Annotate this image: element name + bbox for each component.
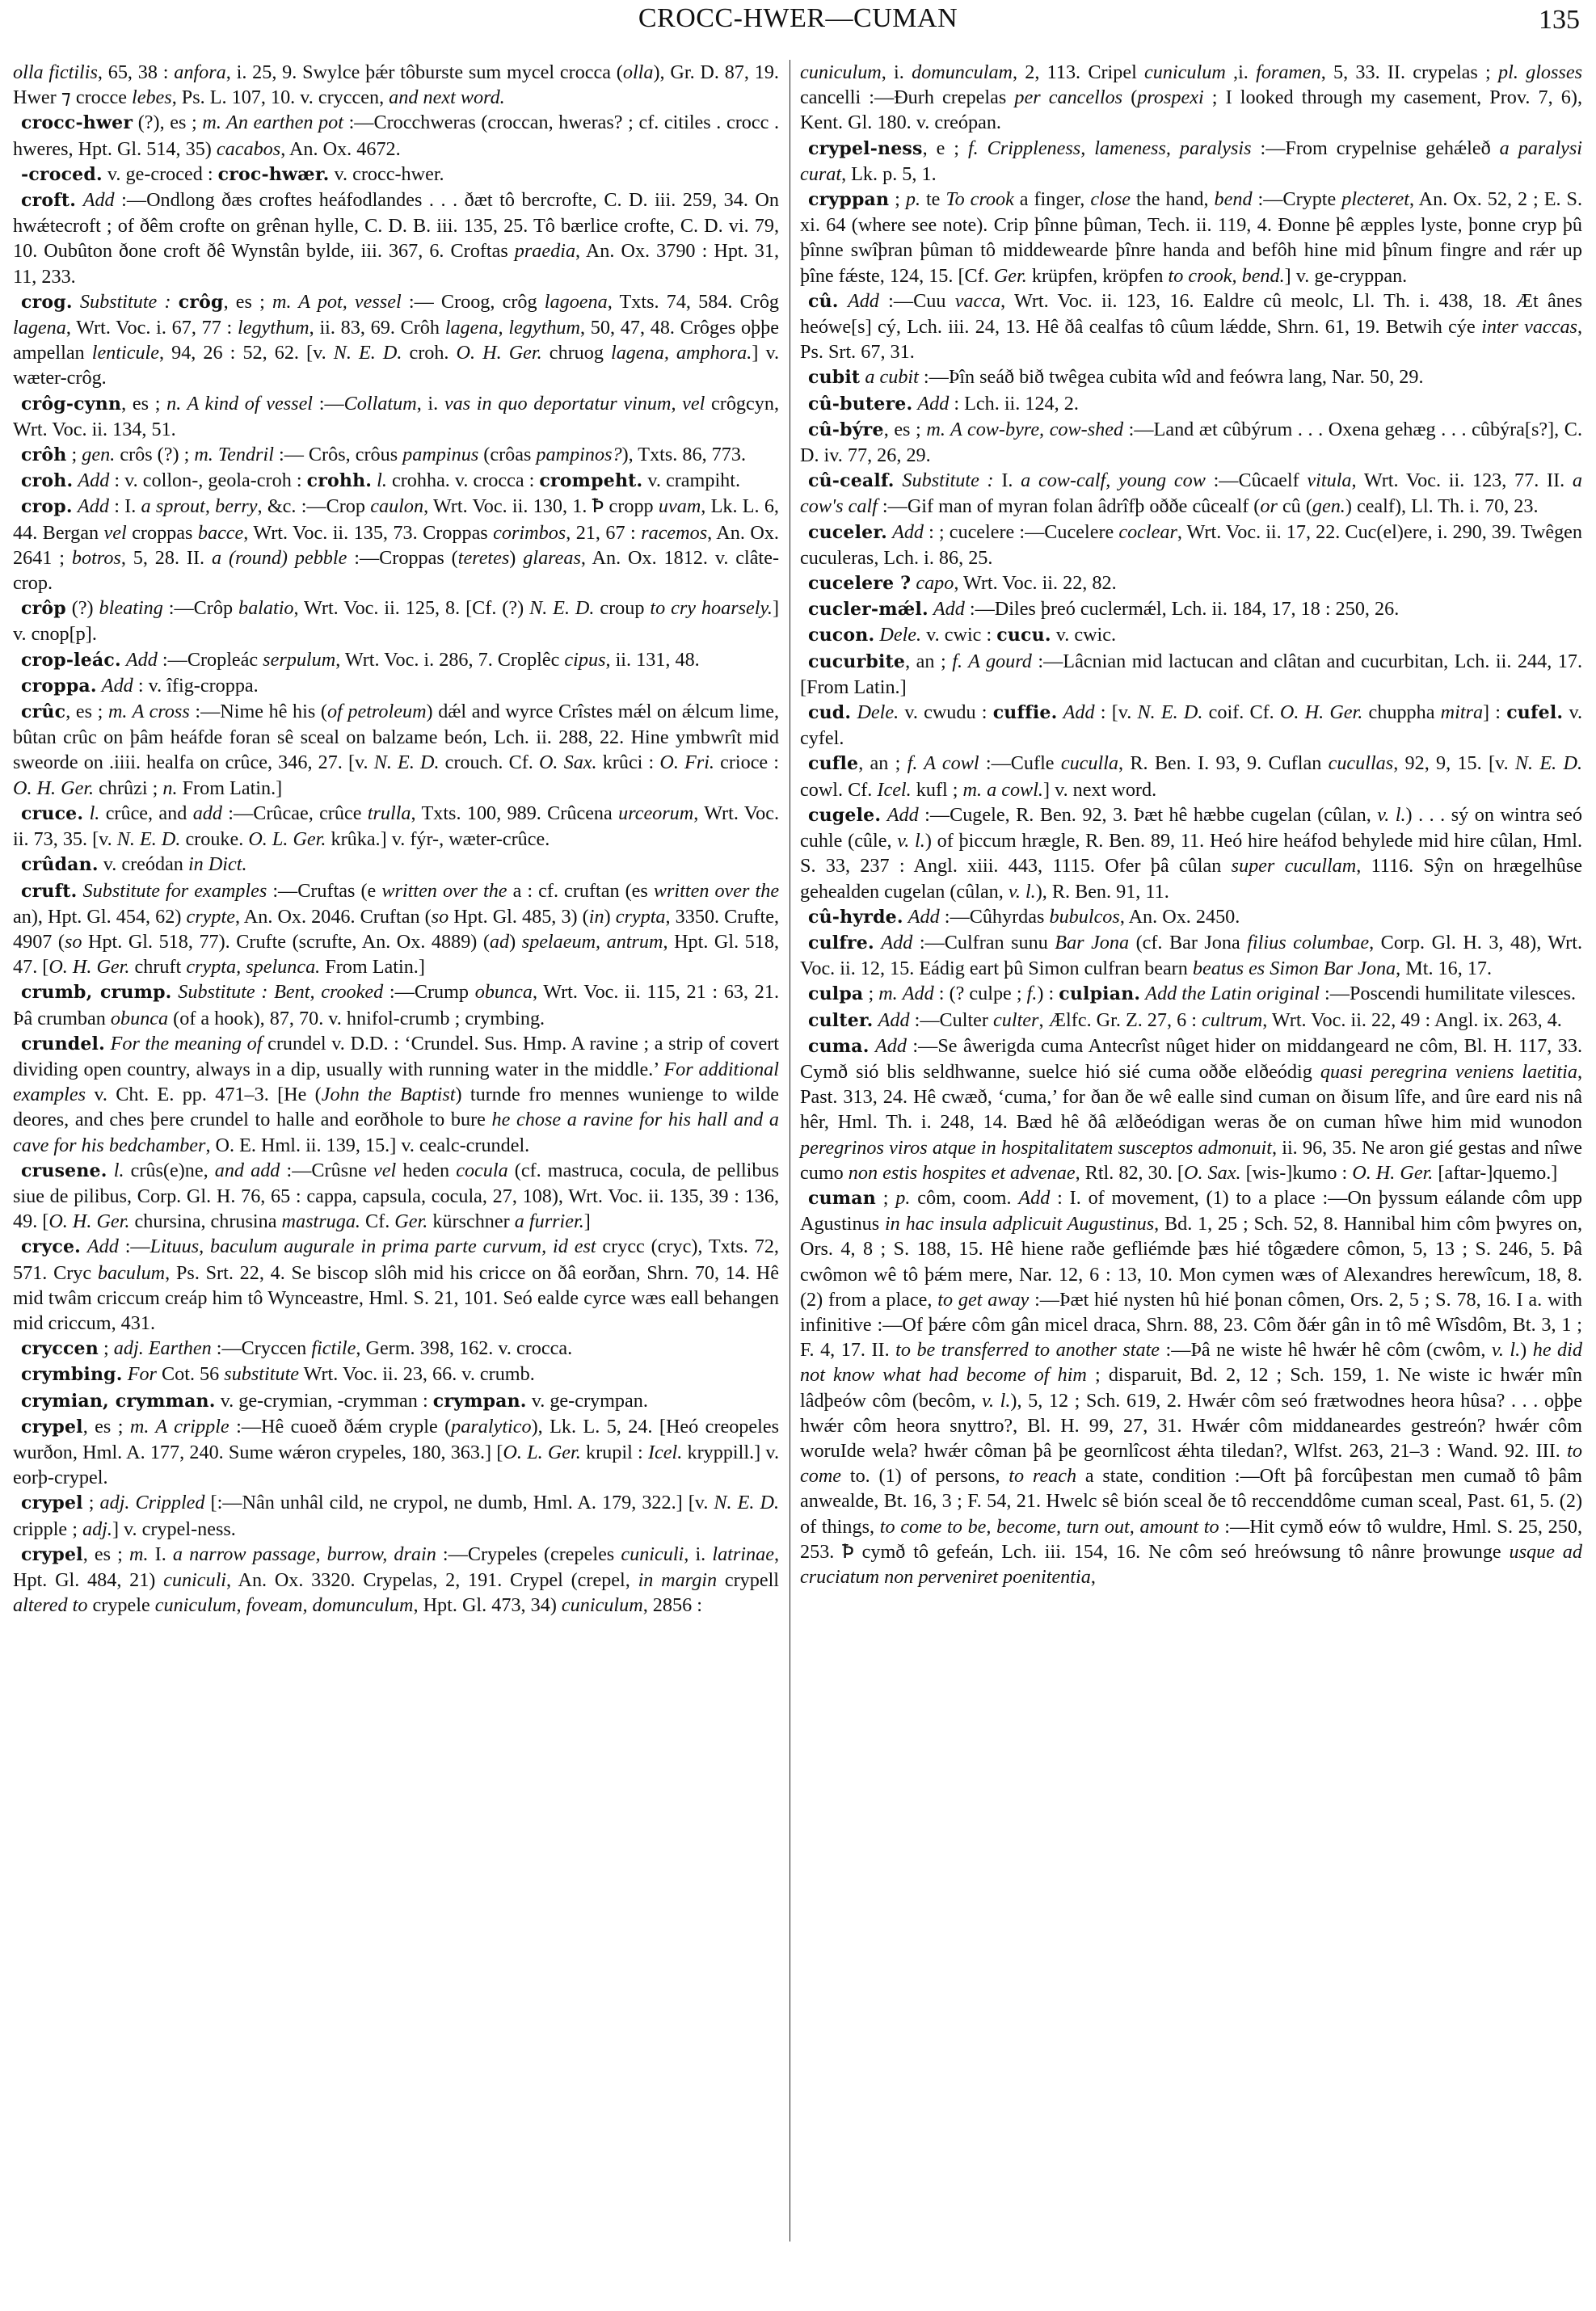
dictionary-entry: cuniculum, i. domunculam, 2, 113. Cripel… [800, 60, 1582, 136]
entry-text: :—Crypeles (crepeles [436, 1543, 621, 1565]
italic-gloss: lagena [13, 317, 66, 339]
headword: crymian, crymman. [21, 1391, 216, 1412]
entry-text [171, 291, 179, 313]
italic-gloss: caulon [370, 495, 423, 517]
headword: cuceler. [808, 522, 887, 543]
entry-text: , Wrt. Voc. i. 67, 77 : [66, 317, 238, 339]
entry-text [81, 1235, 87, 1257]
dictionary-entry: crypel, es ; m. A cripple :—Hê cuoeð ðǽm… [13, 1414, 779, 1491]
italic-gloss: per cancellos [1014, 86, 1122, 108]
entry-text: ), R. Ben. 91, 11. [1036, 881, 1169, 903]
entry-text: crouke. [180, 828, 248, 850]
italic-gloss: a narrow passage, burrow, drain [173, 1543, 436, 1565]
entry-text: krupil : [581, 1442, 648, 1463]
headword: cucler-mǽl. [808, 599, 929, 620]
running-head: CROCC-HWER—CUMAN [0, 3, 1596, 34]
entry-text: , an ; [905, 650, 952, 672]
entry-text: ] [584, 1210, 591, 1232]
entry-text [105, 1033, 111, 1054]
headword: crohh. [307, 470, 373, 491]
entry-text: :—Crump [383, 981, 475, 1003]
italic-gloss: O. Sax. [1184, 1162, 1241, 1184]
entry-text: v. cwic. [1051, 624, 1116, 646]
italic-gloss: For the meaning of [111, 1033, 263, 1054]
italic-gloss: super cucullam [1232, 855, 1357, 877]
italic-gloss: O. L. Ger. [248, 828, 326, 850]
italic-gloss: Ger. [394, 1210, 427, 1232]
italic-gloss: Dele. [879, 624, 921, 646]
entry-text: ), Txts. 86, 773. [622, 444, 746, 465]
entry-text: , 5, 28. II. [121, 547, 212, 569]
page-header: CROCC-HWER—CUMAN 135 [0, 3, 1596, 36]
dictionary-entry: cû. Add :—Cuu vacca, Wrt. Voc. ii. 123, … [800, 288, 1582, 365]
italic-gloss: O. Sax. [539, 751, 597, 773]
headword: crôp [21, 598, 66, 619]
entry-text: , Txts. 100, 989. Crûcena [411, 802, 619, 824]
entry-text: to. (1) of persons, [841, 1465, 1009, 1487]
dictionary-entry: cud. Dele. v. cwudu : cuffie. Add : [v. … [800, 700, 1582, 751]
entry-text: (cf. Bar Jona [1129, 932, 1247, 953]
dictionary-entry: crûc, es ; m. A cross :—Nime hê his (of … [13, 699, 779, 801]
dictionary-entry: crocc-hwer (?), es ; m. An earthen pot :… [13, 110, 779, 161]
italic-gloss: adj. Crippled [100, 1492, 205, 1513]
italic-gloss: Add [78, 495, 109, 517]
entry-text: a finger, [1014, 188, 1090, 210]
italic-gloss: pampinos? [536, 444, 621, 465]
italic-gloss: Add [875, 1035, 907, 1057]
entry-text: : (? culpe ; [934, 983, 1027, 1004]
italic-gloss: to come to be, become, turn out, amount … [880, 1516, 1219, 1538]
entry-text: , An. Ox. 3320. Crypelas, 2, 191. Crypel… [226, 1569, 638, 1591]
dictionary-entry: crypel ; adj. Crippled [:—Nân unhâl cild… [13, 1490, 779, 1541]
italic-gloss: vel [104, 522, 127, 544]
dictionary-entry: cû-cealf. Substitute : I. a cow-calf, yo… [800, 468, 1582, 519]
dictionary-entry: croft. Add :—Ondlong ðæs croftes heáfodl… [13, 187, 779, 289]
italic-gloss: urceorum [618, 802, 693, 824]
italic-gloss: l. [377, 469, 387, 491]
italic-gloss: so [432, 906, 449, 928]
entry-text: , 5, 33. II. crypelas ; [1321, 61, 1498, 83]
headword: cud. [808, 702, 851, 723]
entry-text: :—Gif man of myran folan âdrîfþ oððe cûc… [878, 495, 1261, 517]
entry-text: , 21, 67 : [566, 522, 641, 544]
entry-text: ) [509, 547, 523, 569]
italic-gloss: to crook, bend. [1168, 265, 1284, 287]
headword: croppa. [21, 676, 97, 697]
italic-gloss: non estis hospites et advenae [849, 1162, 1076, 1184]
dictionary-entry: croh. Add : v. collon-, geola-croh : cro… [13, 468, 779, 494]
italic-gloss: a cow-calf, young cow [1021, 469, 1206, 491]
entry-text: , es ; [884, 419, 927, 440]
italic-gloss: f. [1027, 983, 1038, 1004]
italic-gloss: p. [895, 1187, 910, 1209]
italic-gloss: m. a cowl. [963, 779, 1043, 801]
headword: cryppan [808, 189, 889, 210]
italic-gloss: a sprout, berry [141, 495, 258, 517]
entry-text: : I. [109, 495, 141, 517]
entry-text: v. creódan [99, 853, 188, 875]
italic-gloss: in margin [638, 1569, 718, 1591]
italic-gloss: coclear [1118, 521, 1177, 543]
italic-gloss: written over the [381, 880, 507, 902]
italic-gloss: adj. [82, 1518, 112, 1540]
italic-gloss: Icel. [877, 779, 911, 801]
entry-text: :—Cuu [879, 290, 955, 312]
dictionary-entry: olla fictilis, 65, 38 : anfora, i. 25, 9… [13, 60, 779, 110]
headword: croh. [21, 470, 73, 491]
entry-text: cowl. Cf. [800, 779, 877, 801]
italic-gloss: obunca [475, 981, 533, 1003]
entry-text: , Rtl. 82, 30. [ [1076, 1162, 1184, 1184]
headword: crundel. [21, 1033, 105, 1054]
headword: crog. [21, 292, 73, 313]
italic-gloss: in hac insula adplicuit Augustinus [885, 1213, 1154, 1235]
entry-text: :—Cruftas (e [267, 880, 381, 902]
italic-gloss: praedia [515, 240, 575, 262]
italic-gloss: Ger. [994, 265, 1027, 287]
entry-text: :—Þîn seáð bið twêgea cubita wîd and feó… [919, 366, 1424, 388]
dictionary-entry: cucurbite, an ; f. A gourd :—Lâcnian mid… [800, 649, 1582, 700]
italic-gloss: Lituus, baculum augurale in prima parte … [150, 1235, 596, 1257]
italic-gloss: O. H. Ger. [1280, 701, 1362, 723]
italic-gloss: cacabos [217, 138, 280, 160]
dictionary-entry: crumb, crump. Substitute : Bent, crooked… [13, 979, 779, 1030]
entry-text: (crôas [478, 444, 536, 465]
italic-gloss: N. E. D. [529, 597, 594, 619]
italic-gloss: Add [848, 290, 879, 312]
italic-gloss: f. A cowl [907, 752, 979, 774]
dictionary-entry: -croced. v. ge-croced : croc-hwær. v. cr… [13, 162, 779, 187]
entry-text: croh. [402, 342, 456, 364]
entry-text: , An. Ox. 2450. [1120, 906, 1240, 928]
italic-gloss: Substitute : Bent, crooked [178, 981, 383, 1003]
entry-text: , es ; [83, 1543, 129, 1565]
italic-gloss: Dele. [857, 701, 899, 723]
entry-text: :—Cufle [979, 752, 1061, 774]
italic-gloss: crypta [616, 906, 666, 928]
italic-gloss: Substitute : [80, 291, 171, 313]
italic-gloss: O. L. Ger. [503, 1442, 580, 1463]
entry-text: v. cwudu : [899, 701, 993, 723]
italic-gloss: uvam [659, 495, 701, 517]
entry-text: :—Hê cuoeð ðǽm cryple ( [230, 1416, 452, 1438]
italic-gloss: and next word. [389, 86, 505, 108]
headword: cuma. [808, 1036, 870, 1057]
italic-gloss: close [1090, 188, 1131, 210]
dictionary-entry: cuceler. Add : ; cucelere :—Cucelere coc… [800, 520, 1582, 570]
entry-text: , Ps. L. 107, 10. v. cryccen, [172, 86, 389, 108]
dictionary-entry: cryppan ; p. te To crook a finger, close… [800, 187, 1582, 288]
entry-text: , Mt. 16, 17. [1396, 958, 1492, 979]
italic-gloss: N. E. D. [117, 828, 181, 850]
italic-gloss: lagena, legythum [445, 317, 580, 339]
entry-text: [wis-]kumo : [1241, 1162, 1353, 1184]
headword: cucu. [996, 625, 1051, 646]
dictionary-entry: croppa. Add : v. îfig-croppa. [13, 673, 779, 699]
entry-text: ; [889, 188, 906, 210]
italic-gloss: Substitute for examples [83, 880, 267, 902]
entry-text: , Wrt. Voc. ii. 135, 73. Croppas [243, 522, 493, 544]
entry-text: , 92, 9, 15. [v. [1393, 752, 1515, 774]
entry-text [839, 290, 848, 312]
entry-text: ] v. ge-cryppan. [1285, 265, 1408, 287]
italic-gloss: p. [906, 188, 920, 210]
italic-gloss: obunca [111, 1008, 168, 1029]
italic-gloss: fictile [311, 1337, 356, 1359]
entry-text: ; [99, 1337, 114, 1359]
entry-text: , An. Ox. 4672. [280, 138, 401, 160]
entry-text: :—Culfran sunu [912, 932, 1055, 953]
entry-text: , es ; [224, 291, 272, 313]
italic-gloss: For [128, 1363, 157, 1385]
headword: crypel [21, 1492, 83, 1513]
italic-gloss: bleating [99, 597, 163, 619]
entry-text: ( [1122, 86, 1137, 108]
dictionary-entry: cû-býre, es ; m. A cow-byre, cow-shed :—… [800, 417, 1582, 468]
italic-gloss: m. [878, 983, 898, 1004]
italic-gloss: n. A kind of vessel [166, 393, 313, 415]
headword: crusene. [21, 1160, 107, 1181]
italic-gloss: lenticule [92, 342, 159, 364]
italic-gloss: or [1260, 495, 1278, 517]
italic-gloss: cipus [564, 649, 605, 671]
italic-gloss: corimbos [493, 522, 566, 544]
italic-gloss: l. [90, 802, 100, 824]
italic-gloss: m. A cow-byre, cow-shed [926, 419, 1123, 440]
entry-text: From Latin.] [320, 956, 425, 978]
italic-gloss: in [589, 906, 604, 928]
entry-text: chrûzi ; [94, 777, 162, 799]
italic-gloss: in Dict. [188, 853, 247, 875]
italic-gloss: m. An earthen pot [202, 112, 343, 133]
entry-text: :—Culter [910, 1009, 993, 1031]
entry-text: (?) [66, 597, 99, 619]
italic-gloss: f. Crippleness, lameness, paralysis [968, 137, 1252, 159]
entry-text: v. ge-crympan. [527, 1390, 648, 1412]
italic-gloss: n. [162, 777, 177, 799]
entry-text: :— Crôs, crôus [274, 444, 402, 465]
entry-text: crioce : [714, 751, 779, 773]
entry-text: , ii. 131, 48. [605, 649, 699, 671]
entry-text: v. ge-croced : [103, 163, 218, 185]
left-column: olla fictilis, 65, 38 : anfora, i. 25, 9… [13, 60, 779, 1618]
entry-text: , Wrt. Voc. i. 286, 7. Croplêc [335, 649, 564, 671]
italic-gloss: O. H. Ger. [457, 342, 542, 364]
italic-gloss: Add [887, 804, 919, 826]
entry-text [73, 291, 80, 313]
dictionary-entry: crôh ; gen. crôs (?) ; m. Tendril :— Crô… [13, 442, 779, 468]
dictionary-entry: culfre. Add :—Culfran sunu Bar Jona (cf.… [800, 930, 1582, 981]
entry-text: te [920, 188, 945, 210]
italic-gloss: cuniculum [800, 61, 882, 83]
entry-text: :—Nime hê his ( [190, 701, 327, 722]
entry-text: cancelli :—Ðurh crepelas [800, 86, 1014, 108]
headword: cufel. [1506, 702, 1563, 723]
entry-text: : v. collon-, geola-croh : [109, 469, 306, 491]
italic-gloss: m. A cripple [130, 1416, 230, 1438]
headword: culpian. [1059, 983, 1140, 1004]
italic-gloss: O. H. Ger. [13, 777, 94, 799]
entry-text [107, 1160, 114, 1181]
italic-gloss: N. E. D. [1138, 701, 1203, 723]
italic-gloss: vas in quo deportatur vinum, vel [444, 393, 705, 415]
dictionary-entry: crusene. l. crûs(e)ne, and add :—Crûsne … [13, 1158, 779, 1235]
italic-gloss: olla [623, 61, 654, 83]
headword: crûdan. [21, 854, 99, 875]
italic-gloss: beatus es Simon Bar Jona [1193, 958, 1396, 979]
dictionary-entry: cubit a cubit :—Þîn seáð bið twêgea cubi… [800, 364, 1582, 390]
italic-gloss: Substitute : [902, 469, 993, 491]
dictionary-entry: cryccen ; adj. Earthen :—Cryccen fictile… [13, 1336, 779, 1362]
entry-text: crôs (?) ; [115, 444, 194, 465]
italic-gloss: John the Baptist [322, 1084, 456, 1105]
italic-gloss: legythum [238, 317, 310, 339]
entry-text: : ; cucelere :—Cucelere [924, 521, 1118, 543]
entry-text: , es ; [83, 1416, 130, 1438]
entry-text: :— [119, 1235, 150, 1257]
entry-text: , 2856 : [643, 1594, 702, 1616]
headword: cû-cealf. [808, 470, 895, 491]
italic-gloss: O. H. Ger. [48, 956, 129, 978]
entry-text: [aftar-]quemo.] [1433, 1162, 1557, 1184]
dictionary-entry: crundel. For the meaning of crundel v. D… [13, 1031, 779, 1158]
entry-text: Cot. 56 [157, 1363, 224, 1385]
italic-gloss: cuniculi [163, 1569, 226, 1591]
entry-text: :— [313, 393, 344, 415]
entry-text: Hpt. Gl. 518, 77). Crufte (scrufte, An. … [82, 931, 489, 953]
entry-text: Wrt. Voc. ii. 23, 66. v. crumb. [299, 1363, 535, 1385]
headword: cû-hyrde. [808, 907, 903, 928]
entry-text: , 2, 113. Cripel [1013, 61, 1144, 83]
entry-text: , es ; [121, 393, 166, 415]
entry-text: krüpfen, kröpfen [1027, 265, 1169, 287]
entry-text: , es ; [65, 701, 108, 722]
dictionary-entry: cruft. Substitute for examples :—Cruftas… [13, 878, 779, 980]
entry-text: , Ælfc. Gr. Z. 27, 6 : [1038, 1009, 1202, 1031]
italic-gloss: inter vaccas [1481, 316, 1577, 338]
headword: culfre. [808, 932, 874, 953]
entry-text: v. ge-crymian, -crymman : [216, 1390, 433, 1412]
headword: cruft. [21, 881, 77, 902]
italic-gloss: N. E. D. [1515, 752, 1582, 774]
italic-gloss: Add [903, 983, 934, 1004]
italic-gloss: Bar Jona [1055, 932, 1129, 953]
dictionary-entry: cufle, an ; f. A cowl :—Cufle cuculla, R… [800, 751, 1582, 802]
entry-text: :—Cûhyrdas [940, 906, 1050, 928]
entry-text: ] v. crypel-ness. [112, 1518, 236, 1540]
entry-text: :—From crypelnise gehǽleð [1252, 137, 1500, 159]
entry-text: ,i. [1226, 61, 1256, 83]
entry-text: , [1091, 1566, 1096, 1588]
entry-text [895, 469, 903, 491]
dictionary-entry: cucon. Dele. v. cwic : cucu. v. cwic. [800, 622, 1582, 648]
headword: cruce. [21, 803, 83, 824]
italic-gloss: latrinae [712, 1543, 774, 1565]
headword: crôg [179, 292, 224, 313]
entry-text: the hand, [1131, 188, 1215, 210]
entry-text: :—Croppas ( [347, 547, 457, 569]
entry-text: , Txts. 74, 584. Crôg [608, 291, 779, 313]
italic-gloss: Add [933, 598, 965, 620]
italic-gloss: vacca [955, 290, 1000, 312]
italic-gloss: trulla [368, 802, 411, 824]
dictionary-entry: cruce. l. crûce, and add :—Crûcae, crûce… [13, 801, 779, 852]
italic-gloss: botros [72, 547, 121, 569]
headword: cryccen [21, 1338, 99, 1359]
dictionary-entry: cû-hyrde. Add :—Cûhyrdas bubulcos, An. O… [800, 904, 1582, 930]
dictionary-entry: crôg-cynn, es ; n. A kind of vessel :—Co… [13, 391, 779, 442]
entry-text: , e ; [923, 137, 968, 159]
entry-text: chursina, chrusina [129, 1210, 281, 1232]
headword: crop-leác. [21, 650, 121, 671]
entry-text: , Hpt. Gl. 473, 34) [414, 1594, 562, 1616]
dictionary-entry: cucelere ? capo, Wrt. Voc. ii. 22, 82. [800, 570, 1582, 596]
entry-text: ; [876, 1187, 895, 1209]
headword: cuman [808, 1188, 876, 1209]
italic-gloss: Add [126, 649, 158, 671]
entry-text: ) [509, 931, 522, 953]
italic-gloss: Add [908, 906, 940, 928]
entry-text: chruog [542, 342, 611, 364]
entry-text: croup [594, 597, 650, 619]
italic-gloss: to reach [1009, 1465, 1076, 1487]
italic-gloss: mastruga. [282, 1210, 360, 1232]
italic-gloss: v. l. [1009, 881, 1036, 903]
entry-text: (?), es ; [133, 112, 202, 133]
headword: crûc [21, 701, 65, 722]
entry-text: , 65, 38 : [98, 61, 174, 83]
italic-gloss: quasi peregrina veniens laetitia [1320, 1061, 1577, 1083]
italic-gloss: crypte [187, 906, 235, 928]
entry-text: :—Poscendi humilitate vilesces. [1320, 983, 1576, 1004]
italic-gloss: mitra [1441, 701, 1483, 723]
entry-text: ) cealf), Ll. Th. i. 70, 23. [1345, 495, 1539, 517]
italic-gloss: a cubit [865, 366, 919, 388]
entry-text: :—Crypte [1253, 188, 1342, 210]
italic-gloss: pampinus [402, 444, 478, 465]
italic-gloss: baculum [98, 1262, 165, 1284]
entry-text: heden [396, 1160, 456, 1181]
italic-gloss: vel [373, 1160, 396, 1181]
entry-text: , Wrt. Voc. ii. 22, 82. [954, 572, 1116, 594]
italic-gloss: v. l. [982, 1390, 1010, 1412]
italic-gloss: To crook [945, 188, 1013, 210]
entry-text: [:—Nân unhâl cild, ne crypol, ne dumb, H… [205, 1492, 714, 1513]
italic-gloss: l. [114, 1160, 124, 1181]
dictionary-entry: cryce. Add :—Lituus, baculum augurale in… [13, 1234, 779, 1336]
entry-text: , an ; [858, 752, 907, 774]
headword: croc-hwær. [218, 164, 330, 185]
headword: crypel [21, 1416, 83, 1438]
headword: cugele. [808, 805, 881, 826]
entry-text: chruft [129, 956, 186, 978]
dictionary-entry: crop. Add : I. a sprout, berry, &c. :—Cr… [13, 494, 779, 596]
italic-gloss: N. E. D. [374, 751, 440, 773]
entry-text: , Wrt. Voc. ii. 125, 8. [Cf. (?) [294, 597, 530, 619]
italic-gloss: gen. [1312, 495, 1345, 517]
entry-text: , R. Ben. I. 93, 9. Cuflan [1118, 752, 1329, 774]
entry-text: , O. E. Hml. ii. 139, 15.] v. cealc-crun… [205, 1134, 529, 1156]
right-column: cuniculum, i. domunculam, 2, 113. Cripel… [800, 60, 1582, 1589]
entry-text: croppas [127, 522, 198, 544]
italic-gloss: to get away [937, 1289, 1029, 1311]
headword: croft. [21, 190, 76, 211]
entry-text: :—Crûsne [280, 1160, 373, 1181]
italic-gloss: Add [1018, 1187, 1050, 1209]
entry-text: , ii. 83, 69. Crôh [310, 317, 445, 339]
dictionary-entry: crûdan. v. creódan in Dict. [13, 852, 779, 878]
italic-gloss: bubulcos [1049, 906, 1119, 928]
